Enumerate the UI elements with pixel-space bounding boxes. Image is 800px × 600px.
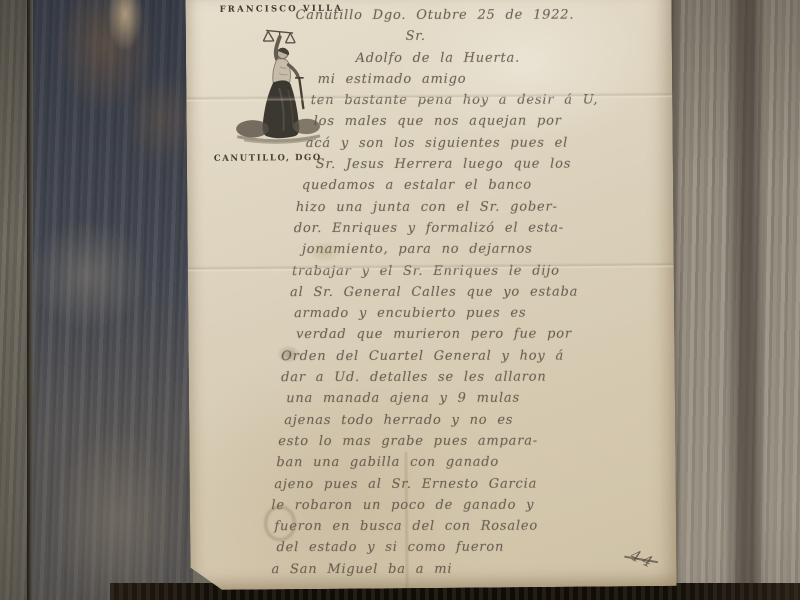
handwritten-line: mi estimado amigo (318, 68, 656, 90)
handwritten-line: Orden del Cuartel General y hoy á (281, 345, 656, 367)
wood-plank-left-strip (0, 0, 30, 600)
handwritten-line: una manada ajena y 9 mulas (286, 388, 656, 410)
handwritten-line: ajeno pues al Sr. Ernesto Garcia (274, 473, 656, 495)
letter-body: Canutillo Dgo. Otubre 25 de 1922.Sr.Adol… (256, 4, 657, 580)
handwritten-line: hizo una junta con el Sr. gober- (296, 196, 656, 218)
handwritten-line: fueron en busca del con Rosaleo (274, 516, 656, 538)
photo-of-letter-on-table: FRANCISCO VILLA (0, 0, 800, 600)
wood-plank-left (33, 0, 193, 600)
handwritten-line: quedamos a estalar el banco (302, 175, 656, 197)
handwritten-line: los males que nos aquejan por (314, 111, 656, 133)
handwritten-line: le robaron un poco de ganado y (271, 494, 656, 516)
handwritten-line: Canutillo Dgo. Otubre 25 de 1922. (296, 4, 656, 26)
handwritten-line: ban una gabilla con ganado (276, 452, 656, 474)
handwritten-line: Adolfo de la Huerta. (356, 47, 656, 69)
handwritten-line: armado y encubierto pues es (294, 303, 656, 325)
handwritten-line: del estado y si como fueron (276, 537, 656, 559)
handwritten-line: acá y son los siguientes pues el (306, 132, 656, 154)
handwritten-line: dar a Ud. detalles se les allaron (281, 366, 656, 388)
handwritten-line: a San Miguel ba a mi (271, 558, 656, 580)
handwritten-line: Sr. (406, 26, 656, 48)
handwritten-line: esto lo mas grabe pues ampara- (278, 430, 656, 452)
wood-plank-right (670, 0, 800, 600)
handwritten-line: Sr. Jesus Herrera luego que los (316, 154, 656, 176)
handwritten-line: verdad que murieron pero fue por (296, 324, 656, 346)
handwritten-line: ajenas todo herrado y no es (284, 409, 656, 431)
letter-paper: FRANCISCO VILLA (185, 0, 676, 590)
handwritten-line: dor. Enriques y formalizó el esta- (294, 217, 656, 239)
handwritten-line: al Sr. General Calles que yo estaba (290, 281, 656, 303)
handwritten-line: jonamiento, para no dejarnos (302, 239, 656, 261)
